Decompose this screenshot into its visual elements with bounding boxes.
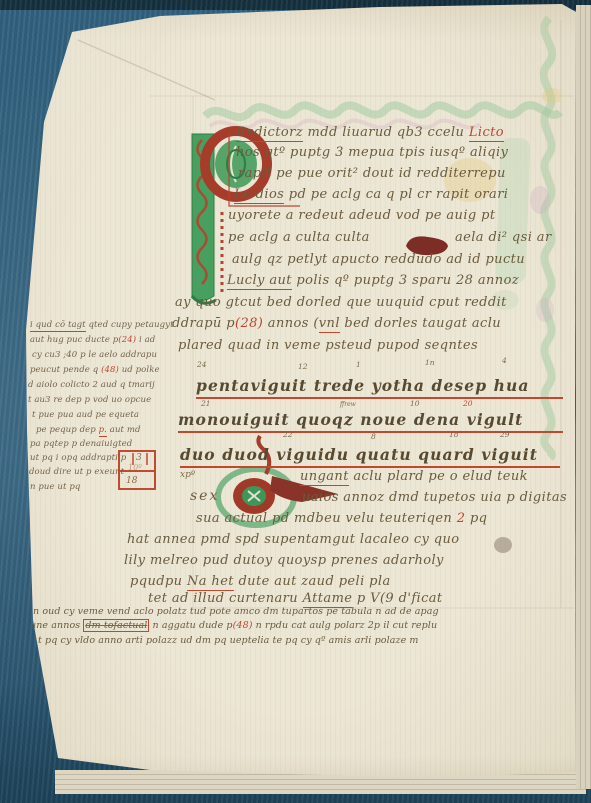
text-line-6b: aela di² qsi ar (455, 231, 552, 244)
text-segment: annos ( (263, 316, 319, 331)
text-segment: bed dorles taugat aclu (340, 316, 501, 331)
text-line-21: tet ad illud curtenaru Attame p V(9 d'fi… (148, 592, 443, 605)
manuscript-photo: { "main_text": { "l1a": "Redictorz", "l1… (0, 0, 591, 803)
margin-note-8: pe pequp dep p. aut md (36, 426, 141, 435)
text-line-1: Redictorz mdd liuarud qb3 ccelu Licto (236, 126, 504, 139)
text-segment: ud polke (119, 365, 160, 375)
number-annotation: 12 (298, 362, 308, 371)
text-line-17: sua actual pd mdbeu velu teuteriqen 2 pq (196, 512, 487, 525)
text-segment: i ad (136, 335, 155, 345)
number-annotation: 24 (197, 360, 207, 369)
text-line-5: uyorete a redeut adeud vod pe auig pt (228, 209, 495, 222)
rubric-word: Licto (469, 125, 504, 142)
margin-note-9: pa pqtep p denaiuigted (30, 440, 132, 449)
smudge (494, 537, 512, 553)
text-segment: pe pequp dep (36, 425, 99, 435)
number-annotation: 4 (502, 356, 507, 365)
crease-line (78, 40, 215, 100)
number-annotation: 8 (371, 432, 376, 441)
red-number: (28) (235, 316, 263, 331)
text-segment: qted cupy petaugyt (86, 320, 174, 330)
text-segment: n aggatu dude p (149, 620, 232, 631)
text-line-9: ay quo gtcut bed dorled que uuquid cput … (175, 296, 507, 309)
text-segment: tet ad illud curtenaru (148, 591, 303, 606)
text-line-8: Lucly aut polis qº puptg 3 sparu 28 anno… (227, 274, 519, 287)
text-line-11: plared quad in veme psteud pupod seqntes (178, 339, 478, 352)
text-line-15: ungant aclu plard pe o elud teuk (300, 470, 528, 483)
text-line-18: hat annea pmd spd supentamgut lacaleo cy… (127, 533, 460, 546)
margin-note-2: aut hug puc ducte p(24) i ad (30, 336, 155, 345)
text-segment: dute aut zaud peli pla (234, 574, 391, 589)
margin-note-1: i qud cō tagt qted cupy petaugyt (30, 321, 174, 330)
text-segment: n rpdu cat aulg polarz 2p il cut replu (253, 620, 438, 631)
rubricated-word: i qud cō tagt (30, 320, 86, 332)
red-number: (48) (101, 365, 119, 375)
rubricated-word: vnl (319, 316, 340, 333)
text-segment: p V(9 d'ficat (352, 591, 442, 606)
struck-word: dm tofactual (83, 619, 149, 632)
margin-note-7: t pue pua aud pe equeta (32, 411, 139, 420)
text-segment: sua actual pd mdbeu velu teuteriqen (196, 511, 457, 526)
rubricated-word: ungant (300, 469, 349, 486)
text-line-4: Le dios pd pe aclg ca q pl cr rapit orar… (234, 188, 508, 201)
number-annotation: 1 (356, 360, 361, 369)
text-segment: pqudpu (130, 574, 187, 589)
number-annotation: 10 (410, 399, 420, 408)
red-number: (24) (118, 335, 136, 345)
number-annotation: 21 (201, 399, 211, 408)
number-annotation: 29 (500, 430, 510, 439)
number-annotation: 1n (425, 358, 435, 367)
text-line-2: hos qtº puptg 3 mepua tpis iusqº aliqiy (236, 146, 508, 159)
gloss-annotation: ffrew (340, 401, 356, 408)
rubricated-word: Le dios (234, 187, 284, 204)
text-segment: une annos (30, 620, 83, 631)
text-line-6a: pe aclg a culta culta (228, 231, 370, 244)
footer-line-3: t pq cy vldo anno arti polazz ud dm pq u… (38, 636, 419, 646)
text-line-19: lily melreo pud dutoy quoysp prenes adar… (124, 554, 444, 567)
vine-top (205, 105, 560, 117)
text-segment: aut md (107, 425, 141, 435)
margin-note-10: ut pq i opq addrapti p (30, 454, 126, 463)
red-box-value-2: 10º (128, 463, 142, 472)
footer-line-2: une annos dm tofactual n aggatu dude p(4… (30, 621, 437, 631)
text-line-10: ddrapū p(28) annos (vnl bed dorles tauga… (172, 317, 501, 330)
number-annotation: 22 (283, 430, 293, 439)
text-segment: mdd liuarud qb3 ccelu (303, 125, 469, 140)
number-annotation: 20 (463, 399, 473, 408)
red-box-value-1: 3 (136, 453, 142, 463)
text-segment: pq (465, 511, 487, 526)
text-line-16: uaios annoz dmd tupetos uia p digitas (302, 491, 567, 504)
mnemonic-line-3: duo duod viguidu quatu quard viguit (180, 447, 560, 468)
rubric-mark: p. (99, 425, 107, 437)
text-segment: ddrapū p (172, 316, 235, 331)
margin-note-12: n pue ut pq (30, 483, 80, 492)
rubricated-word: Redictorz (236, 125, 303, 142)
margin-note-5: d aiolo colicto 2 aud q tmarij (28, 381, 155, 390)
text-line-20: pqudpu Na het dute aut zaud peli pla (130, 575, 391, 588)
rubricated-word: Lucly aut (227, 273, 292, 290)
red-box-value-3: 18 (126, 476, 137, 486)
text-segment: polis qº puptg 3 sparu 28 annoz (292, 273, 519, 288)
text-segment: peucut pende q (30, 365, 101, 375)
text-line-3: rapit pe pue orit² dout id redditerrepu (238, 167, 506, 180)
mnemonic-line-1: pentaviguit trede yotha desep hua (196, 378, 563, 399)
text-segment: pd pe aclg ca q pl cr rapit orari (284, 187, 508, 202)
text-line-7: aulg qz petlyt apucto reddudo ad id puct… (232, 253, 525, 266)
margin-note-4: peucut pende q (48) ud polke (30, 366, 160, 375)
footer-line-1: n oud cy veme vend aclo polatz tud pote … (33, 607, 439, 617)
word-sex: sex (190, 489, 219, 503)
margin-note-3: cy cu3 ;40 p le aelo addrapu (32, 351, 157, 360)
text-segment: aut hug puc ducte p (30, 335, 118, 345)
rubricated-word: Na het (187, 574, 234, 591)
margin-note-11: doud dire ut p exeunt (29, 468, 124, 477)
chi-rho-abbreviation: xpº (180, 470, 195, 480)
margin-note-6: t au3 re dep p vod uo opcue (28, 396, 151, 405)
red-number: (48) (233, 620, 253, 631)
number-annotation: 18 (449, 430, 459, 439)
text-segment: aclu plard pe o elud teuk (349, 469, 528, 484)
